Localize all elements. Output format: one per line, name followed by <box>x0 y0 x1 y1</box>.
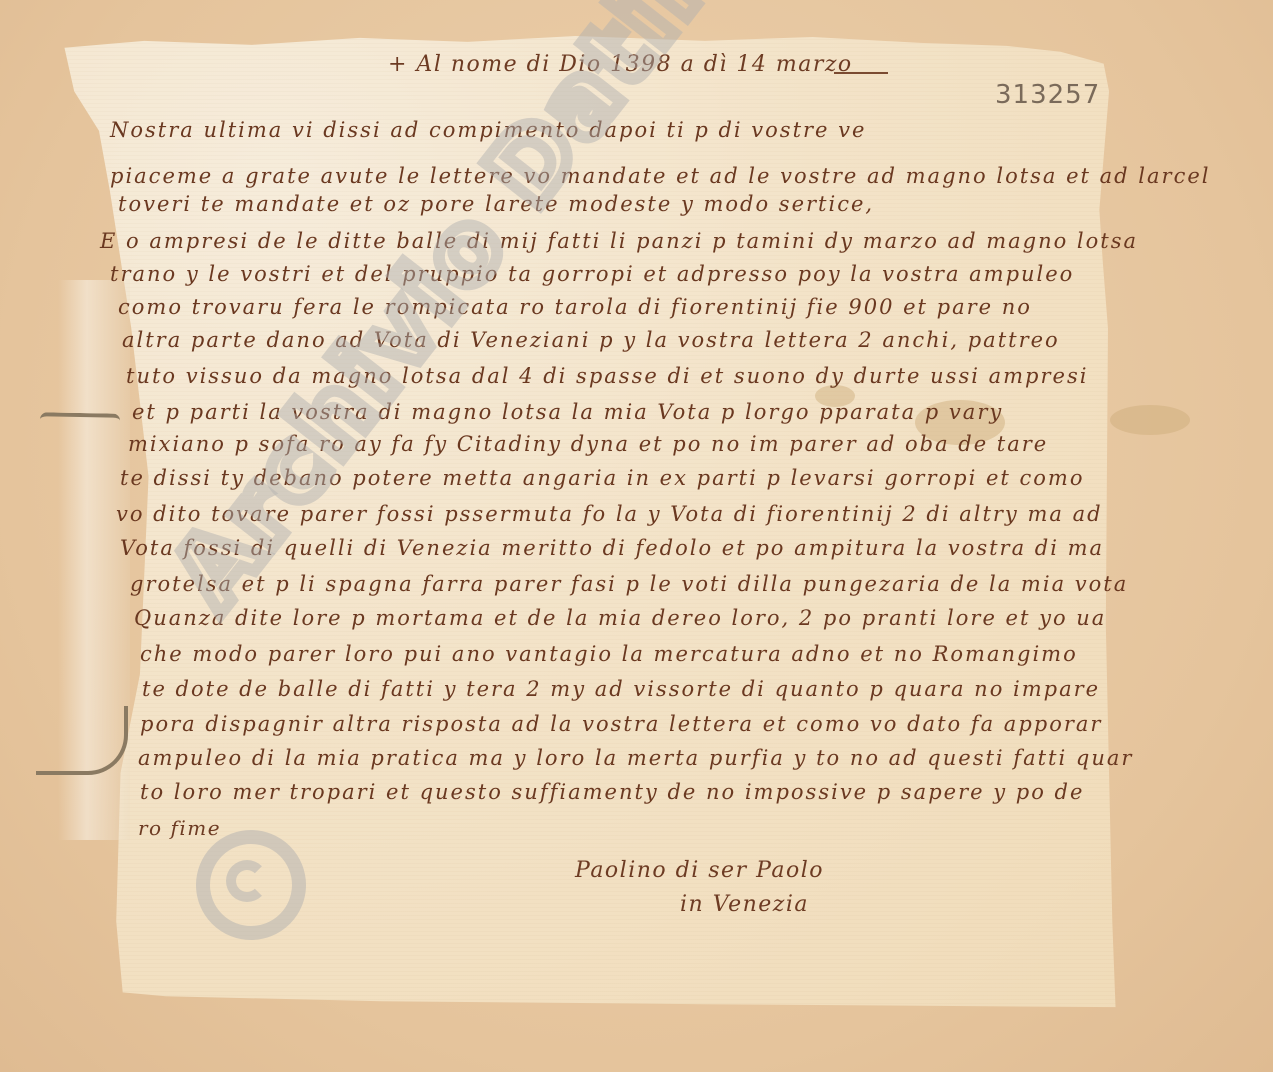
heading-flourish <box>834 72 888 74</box>
body-line: ampuleo di la mia pratica ma y loro la m… <box>138 746 1133 770</box>
catalog-number: 313257 <box>995 80 1100 110</box>
body-line: piaceme a grate avute le lettere vo mand… <box>110 164 1210 188</box>
body-line: como trovaru fera le rompicata ro tarola… <box>118 295 1032 319</box>
body-line: pora dispagnir altra risposta ad la vost… <box>140 712 1102 736</box>
body-line: vo dito tovare parer fossi pssermuta fo … <box>116 502 1103 526</box>
body-line: Vota fossi di quelli di Venezia meritto … <box>120 536 1104 560</box>
body-line: te dissi ty debano potere metta angaria … <box>120 466 1084 490</box>
letter-heading: + Al nome di Dio 1398 a dì 14 marzo <box>388 52 853 77</box>
body-line: grotelsa et p li spagna farra parer fasi… <box>130 572 1128 596</box>
body-line: altra parte dano ad Vota di Veneziani p … <box>122 328 1060 352</box>
body-line: toveri te mandate et oz pore larete mode… <box>118 192 874 216</box>
body-line: mixiano p sofa ro ay fa fy Citadiny dyna… <box>128 432 1048 456</box>
body-line: Quanza dite lore p mortama et de la mia … <box>134 606 1106 630</box>
body-line: et p parti la vostra di magno lotsa la m… <box>132 400 1003 424</box>
signature-place: in Venezia <box>680 892 809 917</box>
body-line: trano y le vostri et del pruppio ta gorr… <box>110 262 1074 286</box>
body-line: te dote de balle di fatti y tera 2 my ad… <box>142 677 1100 701</box>
letter-closing: ro fime <box>138 816 221 840</box>
body-line: to loro mer tropari et questo suffiament… <box>140 780 1084 804</box>
signature-name: Paolino di ser Paolo <box>575 858 824 883</box>
binding-string-upper <box>40 412 120 427</box>
body-line: tuto vissuo da magno lotsa dal 4 di spas… <box>126 364 1088 388</box>
body-line: che modo parer loro pui ano vantagio la … <box>140 642 1078 666</box>
body-line: E o ampresi de le ditte balle di mij fat… <box>100 229 1138 253</box>
letter-body: Nostra ultima vi dissi ad compimento dap… <box>110 112 1210 852</box>
body-line: Nostra ultima vi dissi ad compimento dap… <box>110 118 866 142</box>
